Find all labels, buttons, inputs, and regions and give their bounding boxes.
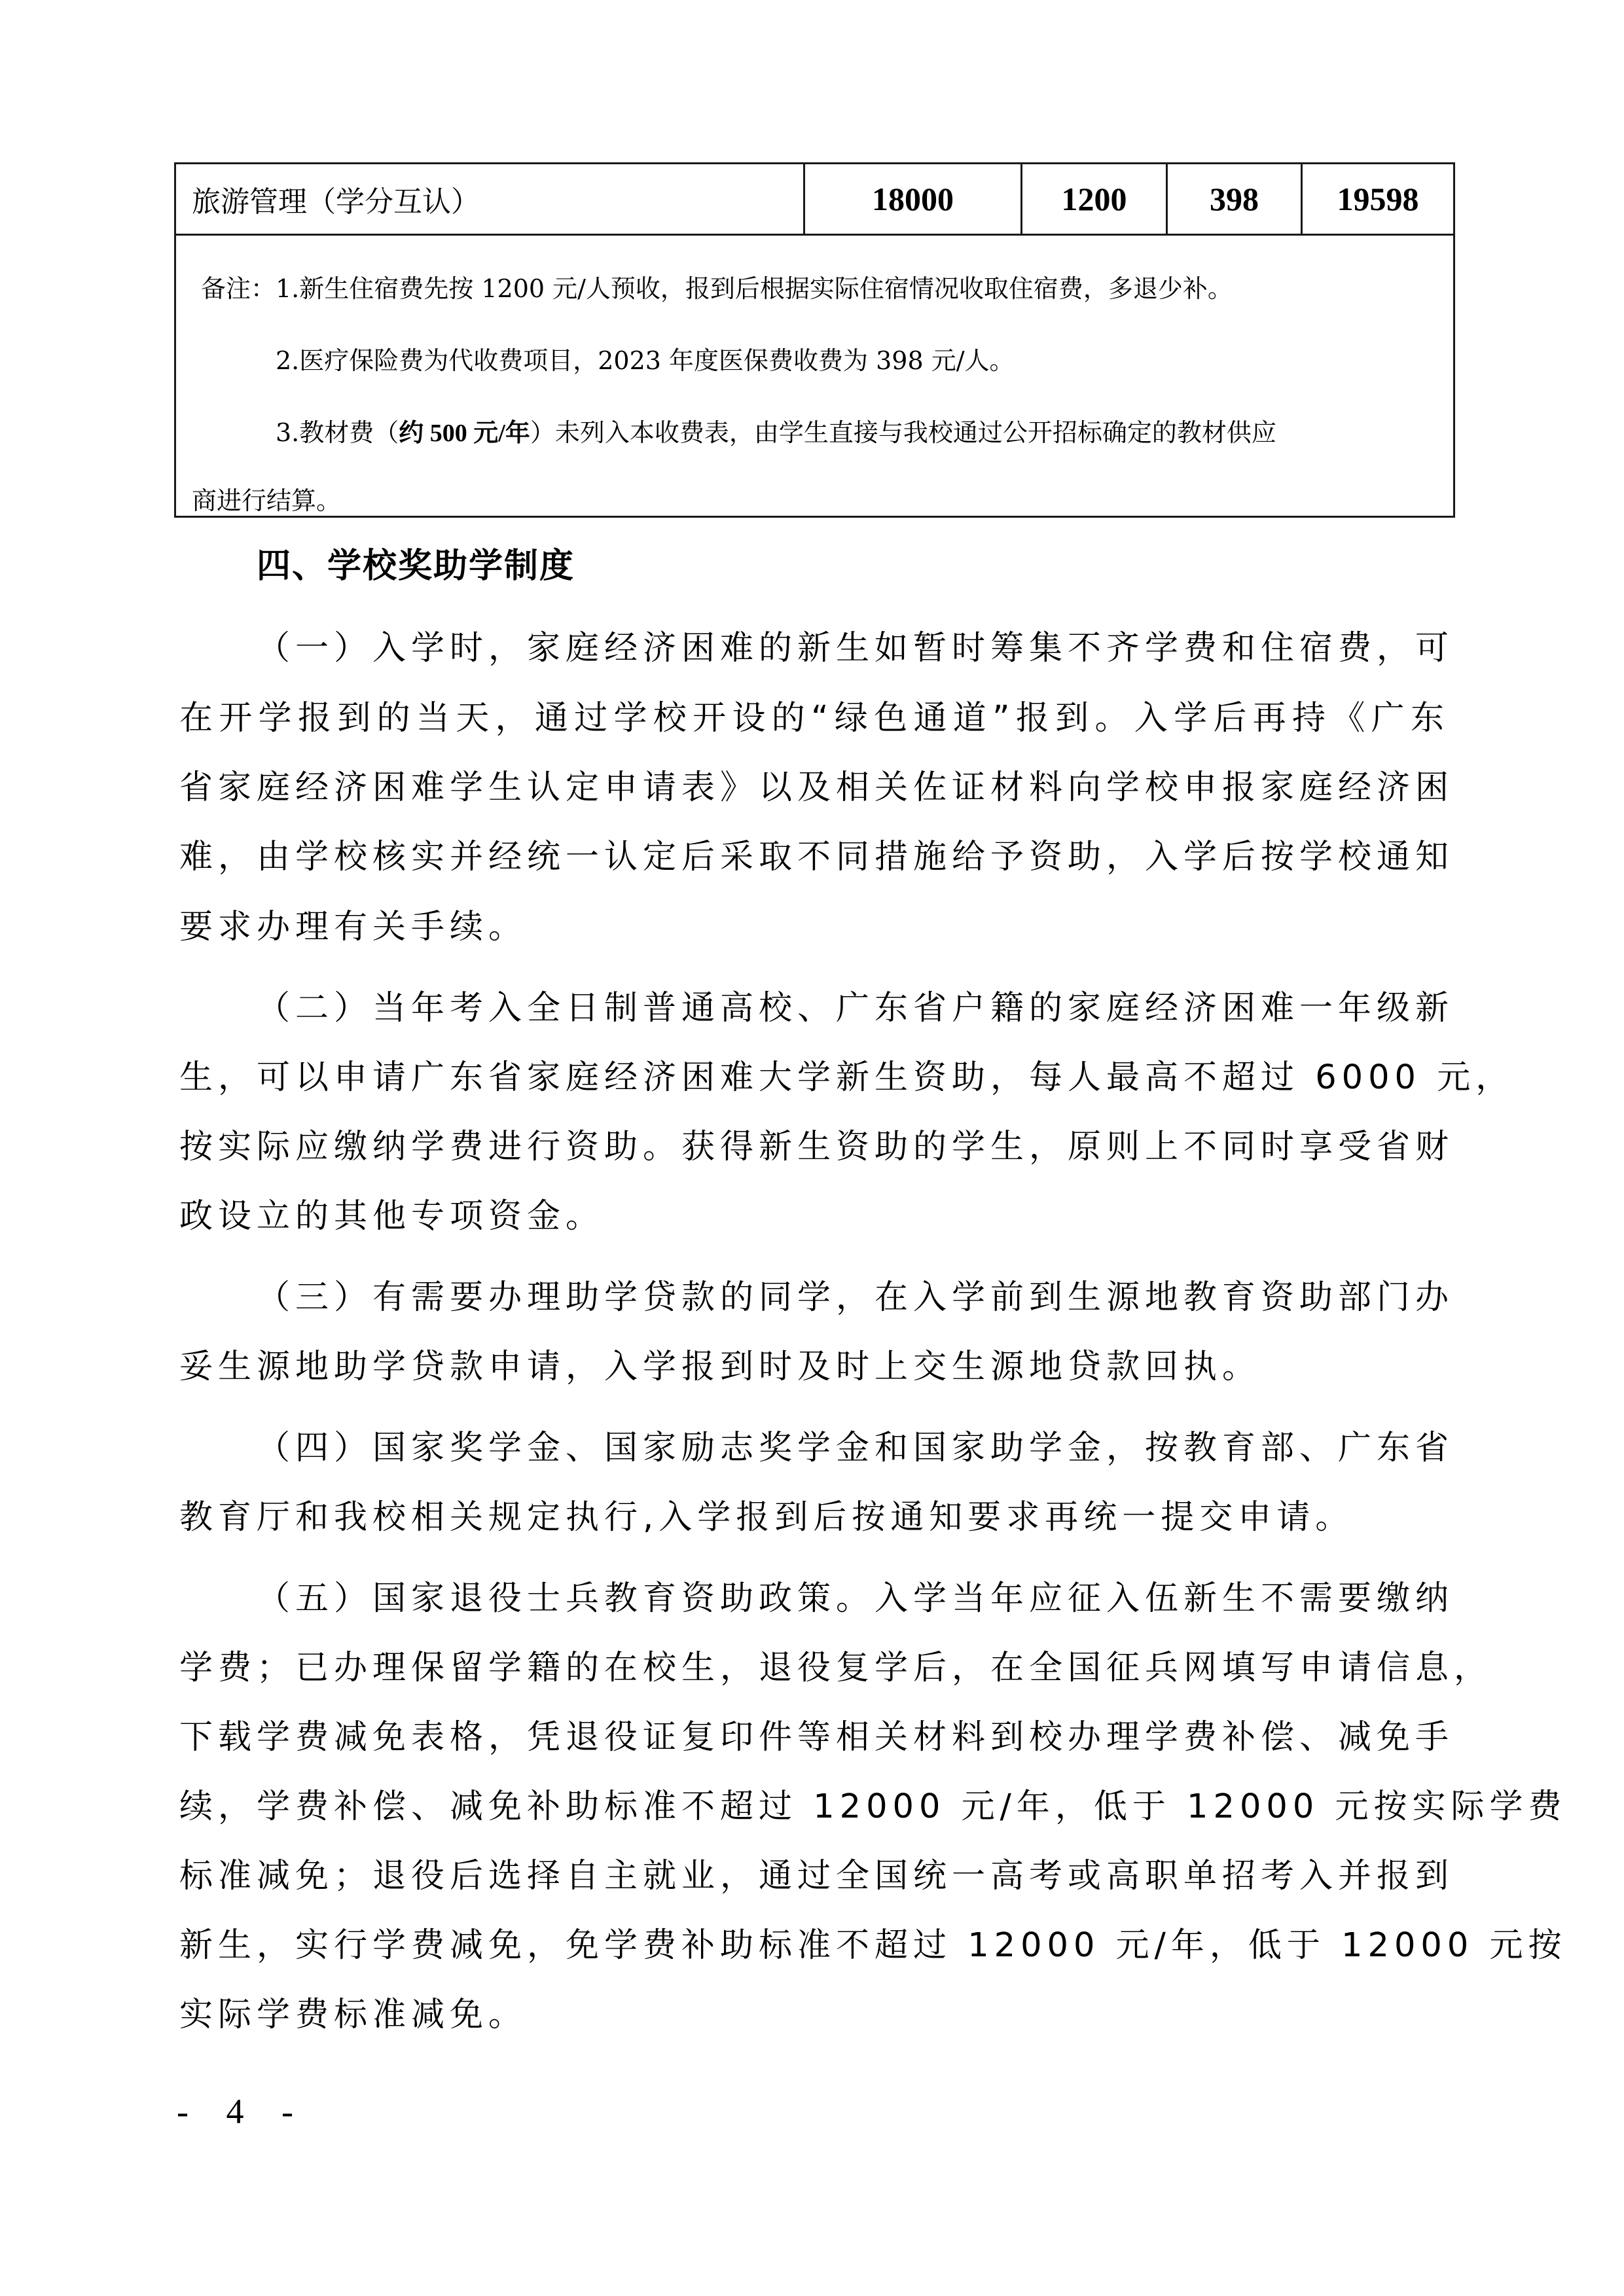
paragraph-line: （一）入学时，家庭经济困难的新生如暂时筹集不齐学费和住宿费，可 bbox=[257, 620, 1449, 669]
tuition-cell: 18000 bbox=[804, 164, 1022, 235]
paragraph-line: 妥生源地助学贷款申请，入学报到时及时上交生源地贷款回执。 bbox=[179, 1339, 1449, 1388]
major-name-cell: 旅游管理（学分互认） bbox=[175, 164, 804, 235]
paragraph-line: 续，学费补偿、减免补助标准不超过 12000 元/年，低于 12000 元按实际… bbox=[179, 1779, 1449, 1827]
paragraph-line: 政设立的其他专项资金。 bbox=[179, 1189, 1449, 1237]
paragraph-line: （五）国家退役士兵教育资助政策。入学当年应征入伍新生不需要缴纳 bbox=[257, 1571, 1449, 1619]
page-number: - 4 - bbox=[177, 2091, 308, 2132]
accommodation-cell: 1200 bbox=[1022, 164, 1167, 235]
paragraph-line: 新生，实行学费减免，免学费补助标准不超过 12000 元/年，低于 12000 … bbox=[179, 1918, 1449, 1966]
notes-row: 备注：1.新生住宿费先按 1200 元/人预收，报到后根据实际住宿情况收取住宿费… bbox=[175, 235, 1454, 517]
total-cell: 19598 bbox=[1302, 164, 1454, 235]
paragraph-line: 下载学费减免表格，凭退役证复印件等相关材料到校办理学费补偿、减免手 bbox=[179, 1710, 1449, 1758]
fee-table: 旅游管理（学分互认） 18000 1200 398 19598 备注：1.新生住… bbox=[174, 162, 1455, 518]
note-line-2: 2.医疗保险费为代收费项目，2023 年度医保费收费为 398 元/人。 bbox=[276, 340, 1015, 376]
paragraph-line: （三）有需要办理助学贷款的同学，在入学前到生源地教育资助部门办 bbox=[257, 1270, 1449, 1318]
paragraph-line: 难，由学校核实并经统一认定后采取不同措施给予资助，入学后按学校通知 bbox=[179, 829, 1449, 878]
paragraph-line: 省家庭经济困难学生认定申请表》以及相关佐证材料向学校申报家庭经济困 bbox=[179, 760, 1449, 808]
paragraph-line: 要求办理有关手续。 bbox=[179, 899, 1449, 948]
paragraph-line: 生，可以申请广东省家庭经济困难大学新生资助，每人最高不超过 6000 元， bbox=[179, 1050, 1449, 1098]
paragraph-line: （四）国家奖学金、国家励志奖学金和国家助学金，按教育部、广东省 bbox=[257, 1420, 1449, 1469]
note-line-3-prefix: 3.教材费（ bbox=[276, 418, 399, 447]
note-line-3-suffix: ）未列入本收费表，由学生直接与我校通过公开招标确定的教材供应 bbox=[530, 418, 1276, 447]
paragraph-line: 实际学费标准减免。 bbox=[179, 1987, 1449, 2036]
note-line-4: 商进行结算。 bbox=[192, 480, 341, 516]
section-heading: 四、学校奖助学制度 bbox=[257, 538, 575, 587]
note-line-3: 3.教材费（约 500 元/年）未列入本收费表，由学生直接与我校通过公开招标确定… bbox=[276, 412, 1276, 448]
paragraph-line: 教育厅和我校相关规定执行,入学报到后按通知要求再统一提交申请。 bbox=[179, 1490, 1449, 1538]
note-line-1: 备注：1.新生住宿费先按 1200 元/人预收，报到后根据实际住宿情况收取住宿费… bbox=[201, 268, 1233, 304]
notes-cell: 备注：1.新生住宿费先按 1200 元/人预收，报到后根据实际住宿情况收取住宿费… bbox=[175, 235, 1454, 517]
paragraph-line: （二）当年考入全日制普通高校、广东省户籍的家庭经济困难一年级新 bbox=[257, 980, 1449, 1029]
note-line-3-bold: 约 500 元/年 bbox=[399, 420, 530, 447]
paragraph-line: 按实际应缴纳学费进行资助。获得新生资助的学生，原则上不同时享受省财 bbox=[179, 1119, 1449, 1168]
paragraph-line: 学费；已办理保留学籍的在校生，退役复学后，在全国征兵网填写申请信息， bbox=[179, 1640, 1449, 1689]
medical-insurance-cell: 398 bbox=[1167, 164, 1302, 235]
table-row: 旅游管理（学分互认） 18000 1200 398 19598 bbox=[175, 164, 1454, 235]
paragraph-line: 在开学报到的当天，通过学校开设的“绿色通道”报到。入学后再持《广东 bbox=[179, 691, 1449, 739]
paragraph-line: 标准减免；退役后选择自主就业，通过全国统一高考或高职单招考入并报到 bbox=[179, 1848, 1449, 1897]
